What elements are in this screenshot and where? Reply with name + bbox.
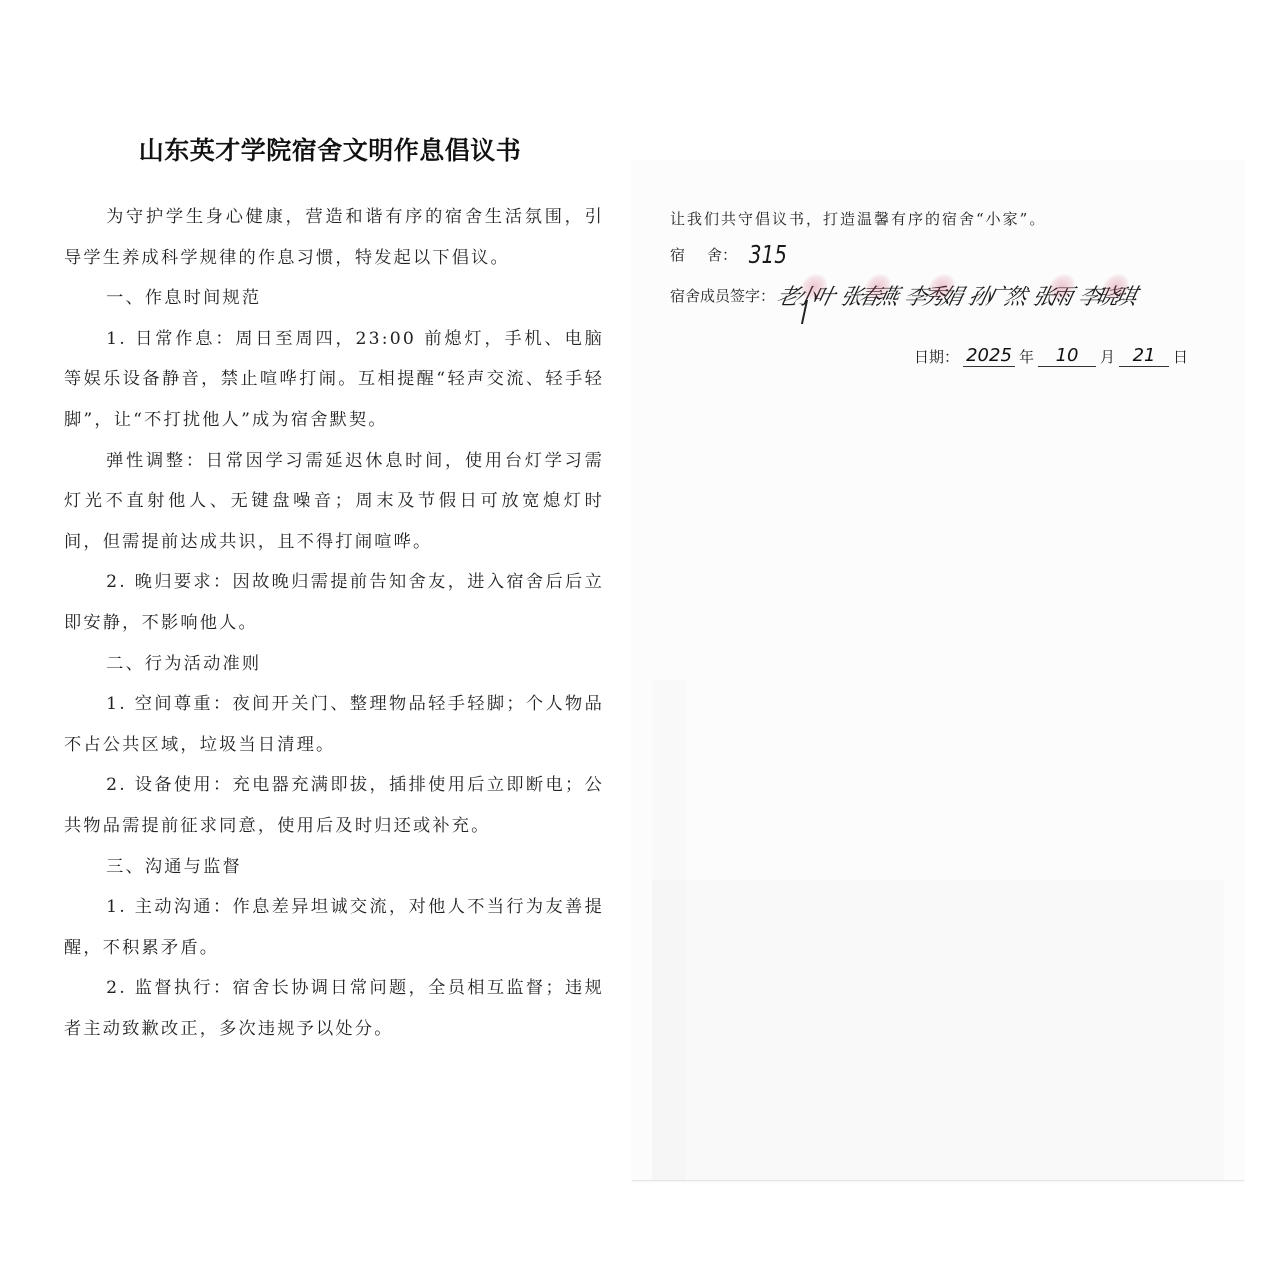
handwritten-signature-4: 孙广然	[966, 280, 1027, 311]
month-label: 月	[1100, 346, 1115, 367]
item-daily-routine: 1. 日常作息：周日至周四，23:00 前熄灯，手机、电脑等娱乐设备静音，禁止喧…	[64, 319, 604, 441]
date-label: 日期：	[914, 346, 959, 367]
day-label: 日	[1173, 346, 1188, 367]
closing-line: 让我们共守倡议书，打造温馨有序的宿舍“小家”。	[670, 208, 1046, 229]
section-heading-communication: 三、沟通与监督	[64, 847, 604, 888]
item-flexible-adjustment: 弹性调整：日常因学习需延迟休息时间，使用台灯学习需灯光不直射他人、无键盘噪音；周…	[64, 441, 604, 563]
scan-shadow	[652, 680, 1224, 1180]
signature-glyph: 李晓琪	[1076, 285, 1135, 310]
signature-glyph: 张春燕	[838, 285, 897, 310]
item-supervision: 2. 监督执行：宿舍长协调日常问题，全员相互监督；违规者主动致歉改正，多次违规予…	[64, 968, 604, 1049]
signature-glyph: 李秀娟	[902, 285, 961, 310]
dorm-label-part-2: 舍：	[707, 246, 737, 264]
signature-glyph: 张雨	[1030, 285, 1071, 310]
members-label: 宿舍成员签字：	[670, 285, 775, 306]
handwritten-signature-6: 李晓琪	[1076, 280, 1137, 311]
intro-paragraph: 为守护学生身心健康，营造和谐有序的宿舍生活氛围，引导学生养成科学规律的作息习惯，…	[64, 197, 604, 278]
dorm-label-part-1: 宿	[670, 246, 685, 264]
section-heading-schedule: 一、作息时间规范	[64, 278, 604, 319]
item-space-respect: 1. 空间尊重：夜间开关门、整理物品轻手轻脚；个人物品不占公共区域，垃圾当日清理…	[64, 684, 604, 765]
handwritten-signature-3: 李秀娟	[902, 280, 963, 311]
handwritten-signature-1: 老小叶	[774, 280, 835, 311]
signature-list: 老小叶 张春燕 李秀娟 孙广然 张雨 李晓琪	[777, 280, 1133, 311]
date-day-field: 21	[1119, 346, 1169, 367]
dorm-number: 315	[749, 240, 787, 269]
members-signature-row: 宿舍成员签字： 老小叶 张春燕 李秀娟 孙广然 张雨	[670, 280, 1133, 311]
dorm-row: 宿舍： 315	[670, 240, 792, 269]
signature-page: 让我们共守倡议书，打造温馨有序的宿舍“小家”。 宿舍： 315 宿舍成员签字： …	[632, 160, 1244, 1181]
year-label: 年	[1019, 346, 1034, 367]
date-row: 日期： 2025 年 10 月 21 日	[914, 346, 1188, 367]
signature-glyph: 孙广然	[966, 285, 1025, 310]
item-device-usage: 2. 设备使用：充电器充满即拔，插排使用后立即断电；公共物品需提前征求同意，使用…	[64, 765, 604, 846]
dorm-label: 宿舍：	[670, 246, 742, 264]
signature-glyph: 老小叶	[774, 285, 833, 310]
date-month-field: 10	[1038, 346, 1096, 367]
document-body: 为守护学生身心健康，营造和谐有序的宿舍生活氛围，引导学生养成科学规律的作息习惯，…	[64, 197, 604, 1049]
item-late-return: 2. 晚归要求：因故晚归需提前告知舍友，进入宿舍后后立即安静，不影响他人。	[64, 562, 604, 643]
handwritten-signature-2: 张春燕	[838, 280, 899, 311]
item-active-communication: 1. 主动沟通：作息差异坦诚交流，对他人不当行为友善提醒，不积累矛盾。	[64, 887, 604, 968]
document-title: 山东英才学院宿舍文明作息倡议书	[0, 131, 660, 167]
date-year-field: 2025	[963, 346, 1015, 367]
handwritten-signature-5: 张雨	[1030, 280, 1073, 311]
proposal-page: 山东英才学院宿舍文明作息倡议书 为守护学生身心健康，营造和谐有序的宿舍生活氛围，…	[0, 0, 630, 1268]
section-heading-conduct: 二、行为活动准则	[64, 644, 604, 685]
